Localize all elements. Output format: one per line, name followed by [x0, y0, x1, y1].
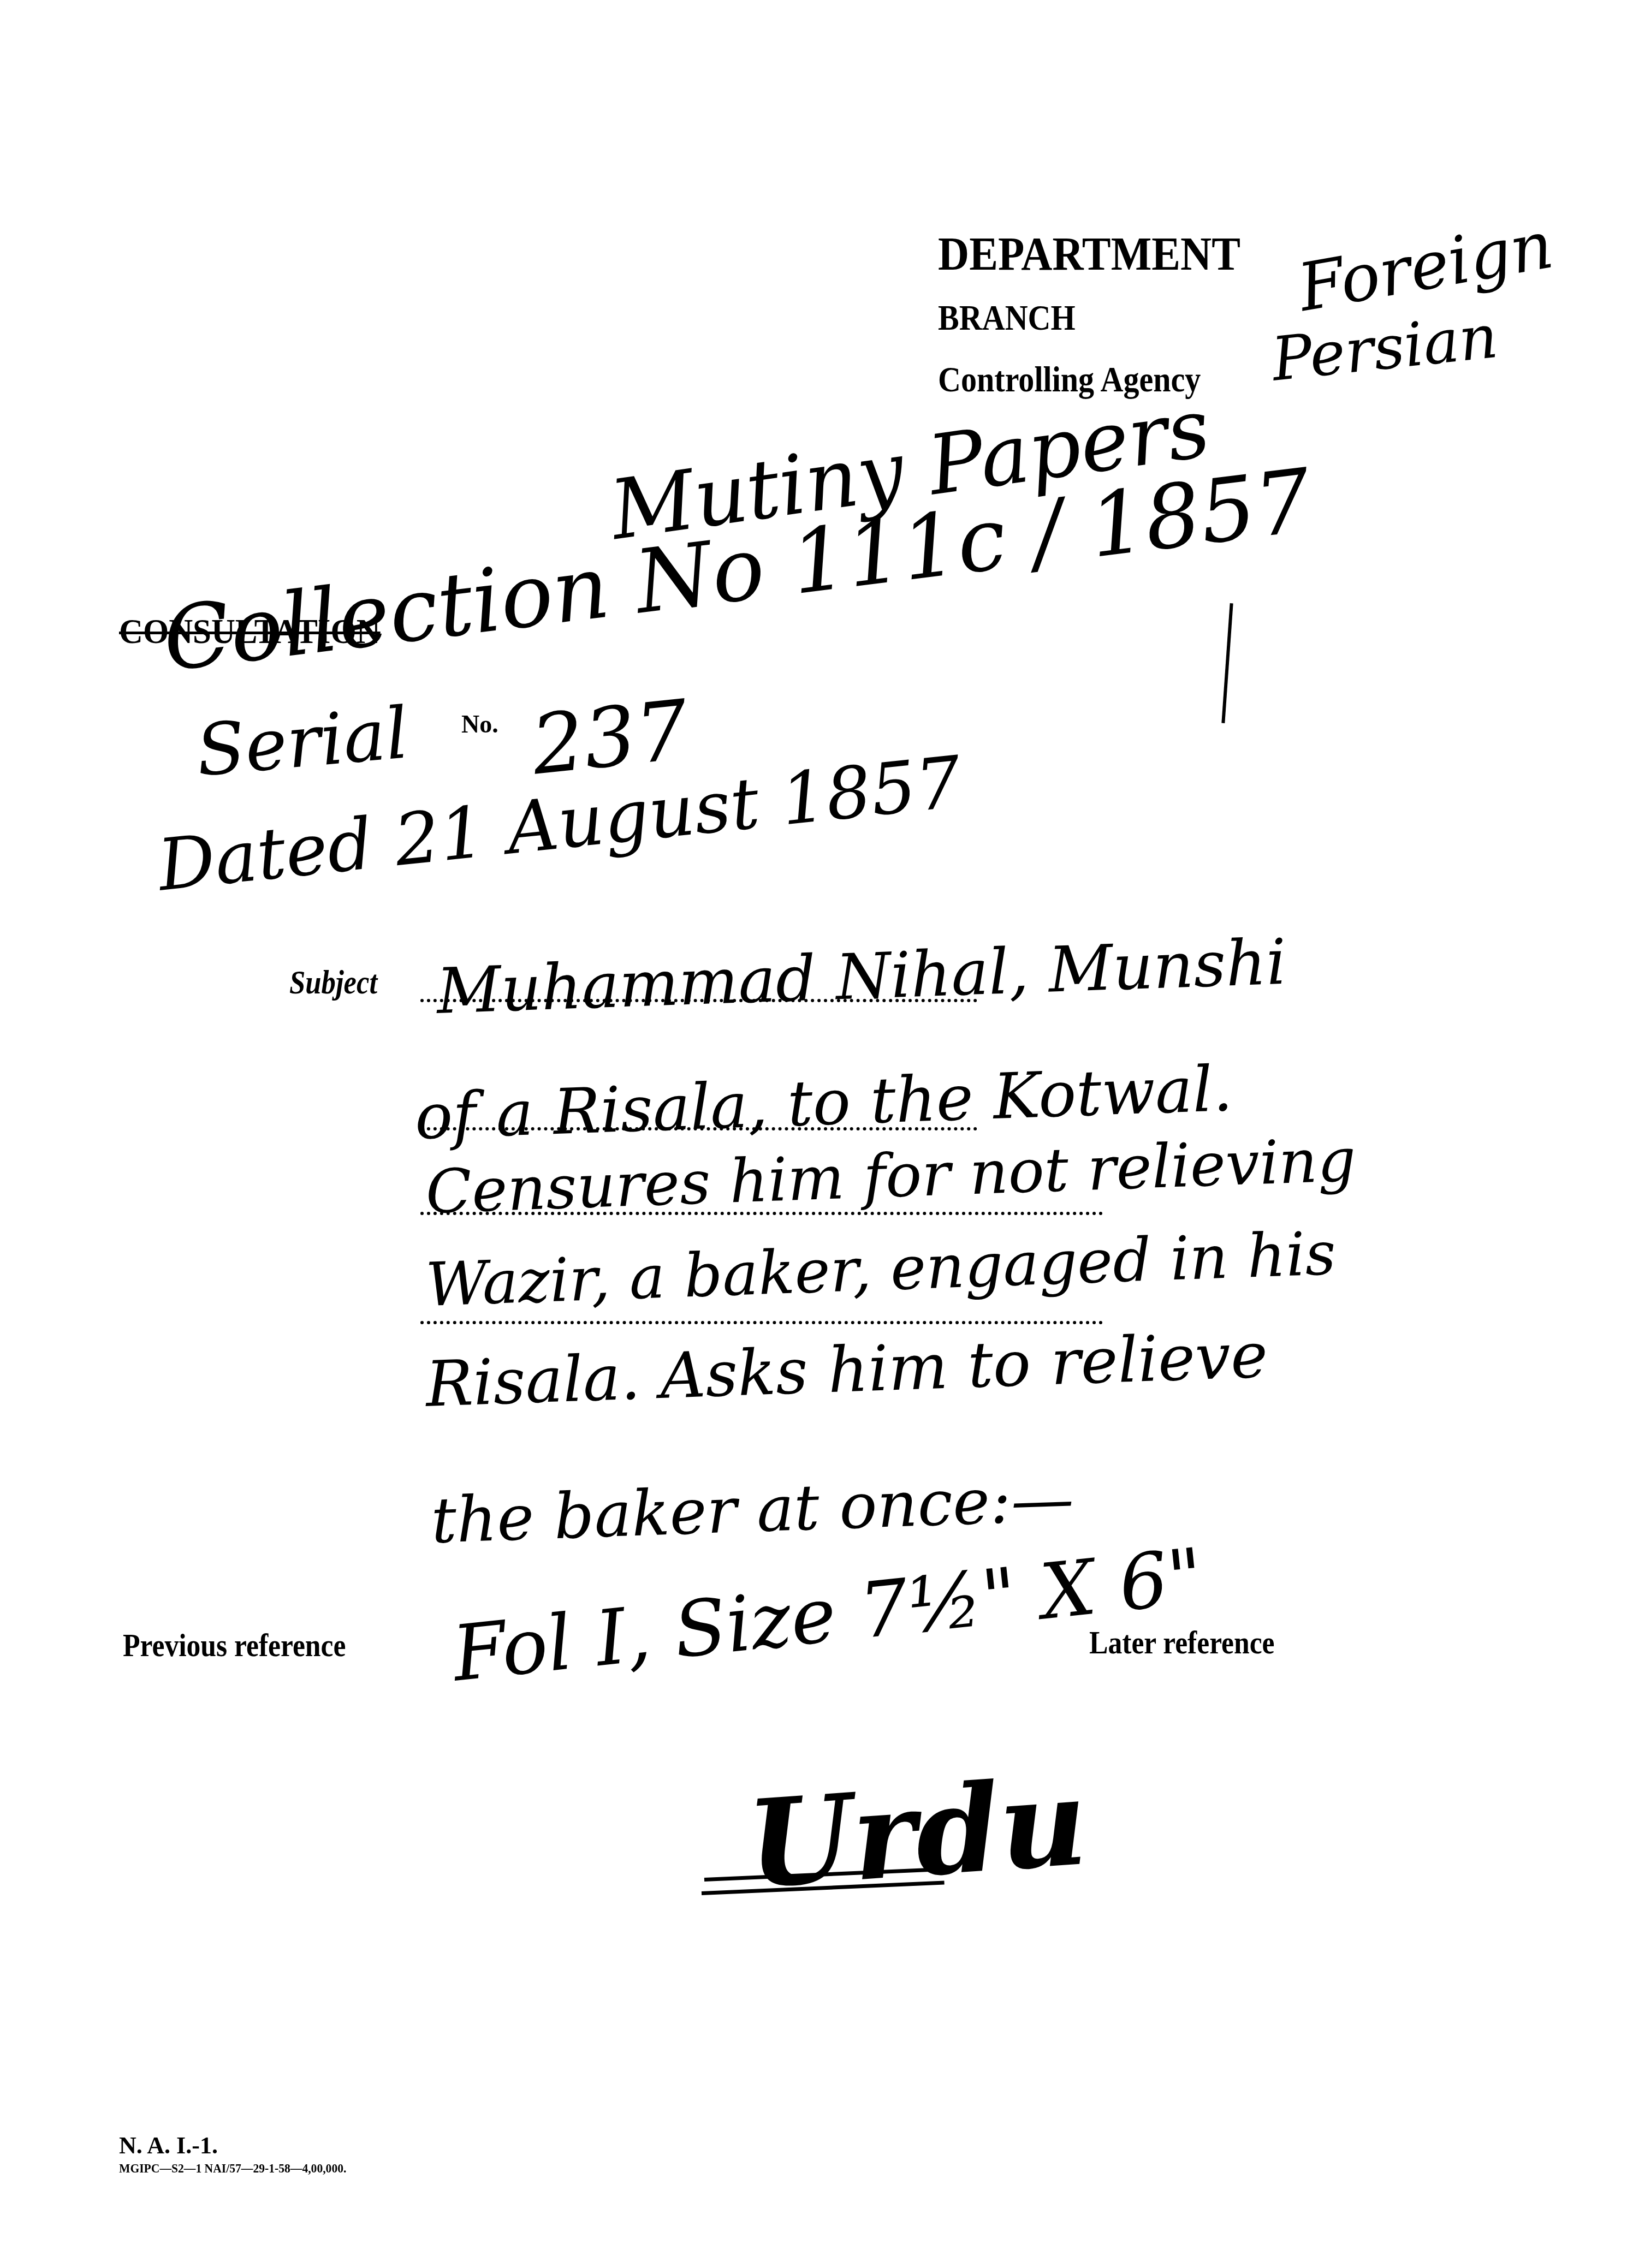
subject-line: Wazir, a baker, engaged in his	[425, 1218, 1337, 1320]
folio-size-note: Fol I, Size 7½" X 6"	[448, 1532, 1207, 1699]
department-label: DEPARTMENT	[938, 227, 1240, 281]
branch-label: BRANCH	[938, 297, 1076, 339]
branch-value: Persian	[1268, 301, 1501, 395]
later-reference-label: Later reference	[1089, 1624, 1275, 1662]
subject-line: the baker at once:—	[430, 1462, 1075, 1558]
consultation-label-struck: CONSULTATION	[119, 611, 381, 652]
form-code: N. A. I.-1.	[119, 2132, 218, 2159]
archive-form-page: DEPARTMENT Foreign BRANCH Persian Contro…	[0, 0, 1633, 2268]
margin-stroke-mark	[1221, 603, 1233, 723]
subject-label: Subject	[289, 963, 377, 1002]
serial-word: Serial	[193, 691, 412, 792]
subject-line: Risala. Asks him to relieve	[425, 1319, 1269, 1421]
previous-reference-label: Previous reference	[123, 1627, 346, 1664]
subject-dotted-line	[420, 1321, 1103, 1324]
subject-line: Muhammad Nihal, Munshi	[436, 926, 1288, 1028]
number-label: No.	[461, 710, 498, 739]
print-line: MGIPC—S2—1 NAI/57—29-1-58—4,00,000.	[119, 2162, 346, 2176]
